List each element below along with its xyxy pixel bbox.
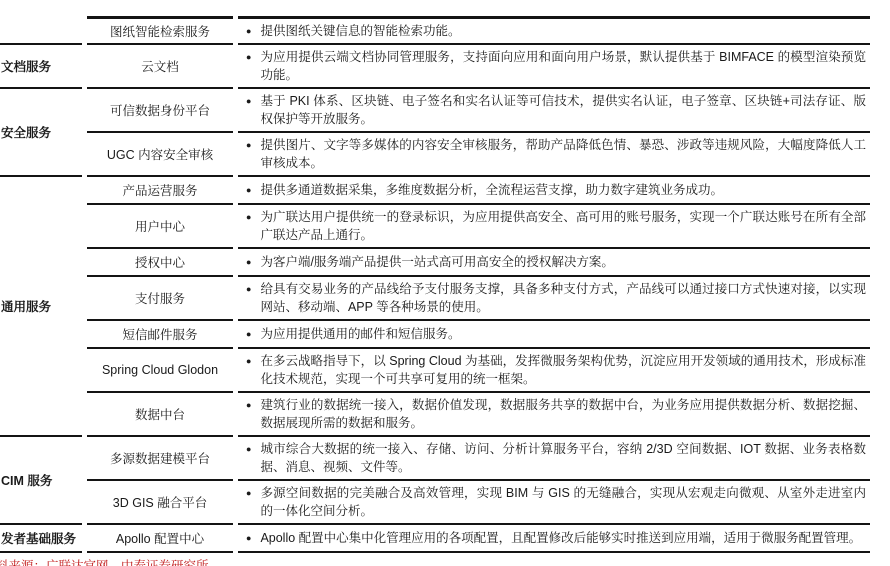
service-cell: 数据中台 — [87, 393, 233, 437]
description-cell: ●城市综合大数据的统一接入、存储、访问、分析计算服务平台，容纳 2/3D 空间数… — [238, 437, 870, 481]
description-text: 基于 PKI 体系、区块链、电子签名和实名认证等可信技术，提供实名认证，电子签章… — [260, 92, 866, 128]
service-cell: 3D GIS 融合平台 — [87, 481, 233, 525]
table-row: 短信邮件服务 ●为应用提供通用的邮件和短信服务。 — [0, 321, 870, 349]
service-cell: 云文档 — [87, 45, 233, 89]
bullet-icon: ● — [246, 280, 251, 298]
service-cell: 产品运营服务 — [87, 177, 233, 205]
description-cell: ●提供图纸关键信息的智能检索功能。 — [238, 16, 870, 45]
table-row: 数据中台 ●建筑行业的数据统一接入，数据价值发现，数据服务共享的数据中台，为业务… — [0, 393, 870, 437]
table-row: 授权中心 ●为客户端/服务端产品提供一站式高可用高安全的授权解决方案。 — [0, 249, 870, 277]
bullet-icon: ● — [246, 352, 251, 370]
table-row: UGC 内容安全审核 ●提供图片、文字等多媒体的内容安全审核服务，帮助产品降低色… — [0, 133, 870, 177]
description-cell: ●为客户端/服务端产品提供一站式高可用高安全的授权解决方案。 — [238, 249, 870, 277]
service-cell: 可信数据身份平台 — [87, 89, 233, 133]
description-text: 为应用提供通用的邮件和短信服务。 — [260, 325, 866, 343]
bullet-icon: ● — [246, 48, 251, 66]
category-cell: 通用服务 — [0, 177, 82, 437]
table-row: 发者基础服务 Apollo 配置中心 ●Apollo 配置中心集中化管理应用的各… — [0, 525, 870, 553]
service-cell: Spring Cloud Glodon — [87, 349, 233, 393]
table-row: Spring Cloud Glodon ●在多云战略指导下，以 Spring C… — [0, 349, 870, 393]
description-cell: ●Apollo 配置中心集中化管理应用的各项配置，且配置修改后能够实时推送到应用… — [238, 525, 870, 553]
description-text: 给具有交易业务的产品线给予支付服务支撑，具备多种支付方式，产品线可以通过接口方式… — [260, 280, 866, 316]
description-text: 为广联达用户提供统一的登录标识，为应用提供高安全、高可用的账号服务，实现一个广联… — [260, 208, 866, 244]
category-cell: 发者基础服务 — [0, 525, 82, 553]
source-note: 料来源：广联达官网，中泰证券研究所 — [0, 558, 890, 566]
service-cell: 多源数据建模平台 — [87, 437, 233, 481]
bullet-icon: ● — [246, 181, 251, 199]
description-cell: ●多源空间数据的完美融合及高效管理，实现 BIM 与 GIS 的无缝融合，实现从… — [238, 481, 870, 525]
bullet-icon: ● — [246, 396, 251, 414]
bullet-icon: ● — [246, 484, 251, 502]
description-text: 提供图纸关键信息的智能检索功能。 — [260, 22, 866, 40]
service-cell: 授权中心 — [87, 249, 233, 277]
description-text: 提供图片、文字等多媒体的内容安全审核服务，帮助产品降低色情、暴恐、涉政等违规风险… — [260, 136, 866, 172]
description-cell: ●提供图片、文字等多媒体的内容安全审核服务，帮助产品降低色情、暴恐、涉政等违规风… — [238, 133, 870, 177]
description-text: 提供多通道数据采集，多维度数据分析，全流程运营支撑，助力数字建筑业务成功。 — [260, 181, 866, 199]
bullet-icon: ● — [246, 529, 251, 547]
table-row: CIM 服务 多源数据建模平台 ●城市综合大数据的统一接入、存储、访问、分析计算… — [0, 437, 870, 481]
table-row: 文档服务 云文档 ●为应用提供云端文档协同管理服务，支持面向应用和面向用户场景，… — [0, 45, 870, 89]
table-row: 安全服务 可信数据身份平台 ●基于 PKI 体系、区块链、电子签名和实名认证等可… — [0, 89, 870, 133]
description-text: 建筑行业的数据统一接入，数据价值发现，数据服务共享的数据中台，为业务应用提供数据… — [260, 396, 866, 432]
category-cell: 安全服务 — [0, 89, 82, 177]
service-cell: 支付服务 — [87, 277, 233, 321]
description-text: 多源空间数据的完美融合及高效管理，实现 BIM 与 GIS 的无缝融合，实现从宏… — [260, 484, 866, 520]
description-text: 城市综合大数据的统一接入、存储、访问、分析计算服务平台，容纳 2/3D 空间数据… — [260, 440, 866, 476]
description-cell: ●基于 PKI 体系、区块链、电子签名和实名认证等可信技术，提供实名认证，电子签… — [238, 89, 870, 133]
table-row: 支付服务 ●给具有交易业务的产品线给予支付服务支撑，具备多种支付方式，产品线可以… — [0, 277, 870, 321]
bullet-icon: ● — [246, 440, 251, 458]
bullet-icon: ● — [246, 22, 251, 40]
description-cell: ●为应用提供云端文档协同管理服务，支持面向应用和面向用户场景，默认提供基于 BI… — [238, 45, 870, 89]
service-cell: 图纸智能检索服务 — [87, 16, 233, 45]
description-cell: ●建筑行业的数据统一接入，数据价值发现，数据服务共享的数据中台，为业务应用提供数… — [238, 393, 870, 437]
description-text: Apollo 配置中心集中化管理应用的各项配置，且配置修改后能够实时推送到应用端… — [260, 529, 866, 547]
table-row: 通用服务 产品运营服务 ●提供多通道数据采集，多维度数据分析，全流程运营支撑，助… — [0, 177, 870, 205]
description-text: 为客户端/服务端产品提供一站式高可用高安全的授权解决方案。 — [260, 253, 866, 271]
service-cell: Apollo 配置中心 — [87, 525, 233, 553]
description-cell: ●提供多通道数据采集，多维度数据分析，全流程运营支撑，助力数字建筑业务成功。 — [238, 177, 870, 205]
description-cell: ●给具有交易业务的产品线给予支付服务支撑，具备多种支付方式，产品线可以通过接口方… — [238, 277, 870, 321]
bullet-icon: ● — [246, 136, 251, 154]
table-row: 3D GIS 融合平台 ●多源空间数据的完美融合及高效管理，实现 BIM 与 G… — [0, 481, 870, 525]
report-page: 图纸智能检索服务 ●提供图纸关键信息的智能检索功能。 文档服务 云文档 ●为应用… — [0, 0, 890, 566]
category-cell: 文档服务 — [0, 45, 82, 89]
description-text: 为应用提供云端文档协同管理服务，支持面向应用和面向用户场景，默认提供基于 BIM… — [260, 48, 866, 84]
description-text: 在多云战略指导下，以 Spring Cloud 为基础，发挥微服务架构优势，沉淀… — [260, 352, 866, 388]
category-cell: CIM 服务 — [0, 437, 82, 525]
bullet-icon: ● — [246, 325, 251, 343]
table-row: 图纸智能检索服务 ●提供图纸关键信息的智能检索功能。 — [0, 16, 870, 45]
bullet-icon: ● — [246, 92, 251, 110]
category-cell-empty — [0, 16, 82, 45]
description-cell: ●在多云战略指导下，以 Spring Cloud 为基础，发挥微服务架构优势，沉… — [238, 349, 870, 393]
service-cell: 短信邮件服务 — [87, 321, 233, 349]
service-cell: 用户中心 — [87, 205, 233, 249]
description-cell: ●为广联达用户提供统一的登录标识，为应用提供高安全、高可用的账号服务，实现一个广… — [238, 205, 870, 249]
bullet-icon: ● — [246, 253, 251, 271]
services-table: 图纸智能检索服务 ●提供图纸关键信息的智能检索功能。 文档服务 云文档 ●为应用… — [0, 16, 875, 553]
table-row: 用户中心 ●为广联达用户提供统一的登录标识，为应用提供高安全、高可用的账号服务，… — [0, 205, 870, 249]
bullet-icon: ● — [246, 208, 251, 226]
description-cell: ●为应用提供通用的邮件和短信服务。 — [238, 321, 870, 349]
service-cell: UGC 内容安全审核 — [87, 133, 233, 177]
